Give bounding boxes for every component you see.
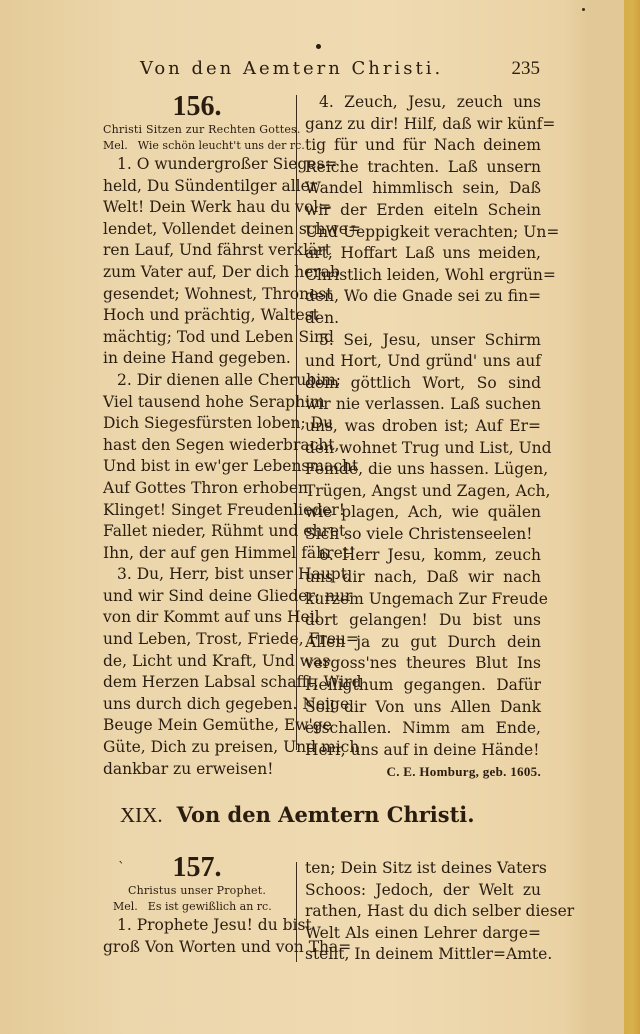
book-page: Von den Aemtern Christi. 235 156. Christ… <box>0 0 640 1034</box>
verse-line: mächtig; Tod und Leben Sind <box>103 327 291 349</box>
verse-line: von dir Kommt auf uns Heil <box>103 607 291 629</box>
verse-line: dort gelangen! Du bist uns <box>305 610 541 632</box>
verse-line: ren Lauf, Und fährst verklärt <box>103 240 291 262</box>
melody-name: Es ist gewißlich an rc. <box>148 900 272 913</box>
verse-line: Welt! Dein Werk hau du vol= <box>103 197 291 219</box>
verse-line: Hoch und prächtig, Waltest <box>103 305 291 327</box>
verse-line: art, Hoffart Laß uns meiden, <box>305 243 541 265</box>
verse-line: Reiche trachten. Laß unsern <box>305 157 541 179</box>
hymn-number: 157. <box>103 853 291 883</box>
verse-line: 4. Zeuch, Jesu, zeuch uns <box>305 92 541 114</box>
verse-line: 1. O wundergroßer Sieges= <box>103 154 291 176</box>
section-heading: XIX.Von den Aemtern Christi. <box>120 800 540 830</box>
verse-line: Sich so viele Christenseelen! <box>305 524 541 546</box>
verse-line: 2. Dir dienen alle Cherubim; <box>103 370 291 392</box>
verse-line: Trügen, Angst und Zagen, Ach, <box>305 481 541 503</box>
verse-line: wie plagen, Ach, wie quälen <box>305 502 541 524</box>
verse-line: erschallen. Nimm am Ende, <box>305 718 541 740</box>
verse-line: wir nie verlassen. Laß suchen <box>305 394 541 416</box>
hymn-156-right-column: 4. Zeuch, Jesu, zeuch unsganz zu dir! Hi… <box>305 92 541 783</box>
verse-line: dein göttlich Wort, So sind <box>305 373 541 395</box>
verse-line: Welt Als einen Lehrer darge= <box>305 923 541 945</box>
verse-lines: ten; Dein Sitz ist deines VatersSchoos: … <box>305 858 541 966</box>
verse-line: vergoss'nes theures Blut Ins <box>305 653 541 675</box>
running-head-title: Von den Aemtern Christi. <box>140 58 443 79</box>
running-head: Von den Aemtern Christi. 235 <box>140 58 540 80</box>
verse-line: Güte, Dich zu preisen, Und mich <box>103 737 291 759</box>
section-title: Von den Aemtern Christi. <box>177 802 475 827</box>
verse-line: lendet, Vollendet deinen schwe= <box>103 219 291 241</box>
verse-line: zum Vater auf, Der dich herab <box>103 262 291 284</box>
melody-name: Wie schön leucht't uns der rc. <box>138 139 305 152</box>
verse-line: gesendet; Wohnest, Thronest <box>103 284 291 306</box>
verse-line: den. <box>305 308 541 330</box>
verse-line: kurzem Ungemach Zur Freude <box>305 589 541 611</box>
section-numeral: XIX. <box>120 803 163 827</box>
melody-label: Mel. <box>103 139 128 152</box>
verse-line: Feinde, die uns hassen. Lügen, <box>305 459 541 481</box>
hymn-melody: Mel.Es ist gewißlich an rc. <box>103 899 291 915</box>
verse-line: dankbar zu erweisen! <box>103 759 291 781</box>
hymn-number: 156. <box>103 92 291 122</box>
verse-line: de, Licht und Kraft, Und was <box>103 651 291 673</box>
page-edge <box>624 0 640 1034</box>
hymn-157-right-column: ten; Dein Sitz ist deines VatersSchoos: … <box>305 858 541 966</box>
verse-line: tig für und für Nach deinem <box>305 135 541 157</box>
verse-line: Wandel himmlisch sein, Daß <box>305 178 541 200</box>
hymn-author: C. E. Homburg, geb. 1605. <box>305 761 541 783</box>
verse-line: Allen ja zu gut Durch dein <box>305 632 541 654</box>
hymn-157-left-column: 157. Christus unser Prophet. Mel.Es ist … <box>103 853 291 958</box>
verse-line: wir der Erden eiteln Schein <box>305 200 541 222</box>
verse-line: in deine Hand gegeben. <box>103 348 291 370</box>
verse-line: Schoos: Jedoch, der Welt zu <box>305 880 541 902</box>
verse-line: den wohnet Trug und List, Und <box>305 438 541 460</box>
verse-line: Ihn, der auf gen Himmel fähret! <box>103 543 291 565</box>
verse-line: Herr, uns auf in deine Hände! <box>305 740 541 762</box>
verse-line: Christlich leiden, Wohl ergrün= <box>305 265 541 287</box>
verse-line: und wir Sind deine Glieder; nur <box>103 586 291 608</box>
verse-line: Heiligthum gegangen. Dafür <box>305 675 541 697</box>
verse-lines: 1. Prophete Jesu! du bistgroß Von Worten… <box>103 915 291 958</box>
verse-lines: 4. Zeuch, Jesu, zeuch unsganz zu dir! Hi… <box>305 92 541 761</box>
verse-line: held, Du Sündentilger aller <box>103 176 291 198</box>
paper-speck <box>582 8 585 11</box>
melody-label: Mel. <box>113 900 138 913</box>
verse-lines: 1. O wundergroßer Sieges=held, Du Sünden… <box>103 154 291 780</box>
hymn-melody: Mel.Wie schön leucht't uns der rc. <box>103 138 291 154</box>
verse-line: Soll dir Von uns Allen Dank <box>305 697 541 719</box>
verse-line: 1. Prophete Jesu! du bist <box>103 915 291 937</box>
verse-line: und Hort, Und gründ' uns auf <box>305 351 541 373</box>
verse-line: den, Wo die Gnade sei zu fin= <box>305 286 541 308</box>
hymn-156-left-column: 156. Christi Sitzen zur Rechten Gottes. … <box>103 92 291 780</box>
verse-line: Fallet nieder, Rühmt und ehret <box>103 521 291 543</box>
verse-line: ten; Dein Sitz ist deines Vaters <box>305 858 541 880</box>
verse-line: Klinget! Singet Freudenlieder! <box>103 500 291 522</box>
verse-line: dem Herzen Labsal schafft, Wird <box>103 672 291 694</box>
page-number: 235 <box>512 58 541 80</box>
verse-line: Beuge Mein Gemüthe, Ew'ge <box>103 715 291 737</box>
verse-line: uns durch dich gegeben. Neige, <box>103 694 291 716</box>
hymn-subtitle: Christi Sitzen zur Rechten Gottes. <box>103 122 291 138</box>
verse-line: uns, was droben ist; Auf Er= <box>305 416 541 438</box>
verse-line: stellt, In deinem Mittler=Amte. <box>305 944 541 966</box>
verse-line: 3. Du, Herr, bist unser Haupt, <box>103 564 291 586</box>
verse-line: rathen, Hast du dich selber dieser <box>305 901 541 923</box>
verse-line: Auf Gottes Thron erhoben. <box>103 478 291 500</box>
verse-line: uns dir nach, Daß wir nach <box>305 567 541 589</box>
verse-line: hast den Segen wiederbracht, <box>103 435 291 457</box>
verse-line: Und Ueppigkeit verachten; Un= <box>305 222 541 244</box>
verse-line: ganz zu dir! Hilf, daß wir künf= <box>305 114 541 136</box>
verse-line: und Leben, Trost, Friede, Freu= <box>103 629 291 651</box>
verse-line: Und bist in ew'ger Lebensmacht <box>103 456 291 478</box>
verse-line: 5. Sei, Jesu, unser Schirm <box>305 330 541 352</box>
verse-line: 6. Herr Jesu, komm, zeuch <box>305 545 541 567</box>
verse-line: groß Von Worten und von Tha= <box>103 937 291 959</box>
verse-line: Dich Siegesfürsten loben; Du <box>103 413 291 435</box>
verse-line: Viel tausend hohe Seraphim <box>103 392 291 414</box>
printer-mark <box>316 44 321 49</box>
hymn-subtitle: Christus unser Prophet. <box>103 883 291 899</box>
